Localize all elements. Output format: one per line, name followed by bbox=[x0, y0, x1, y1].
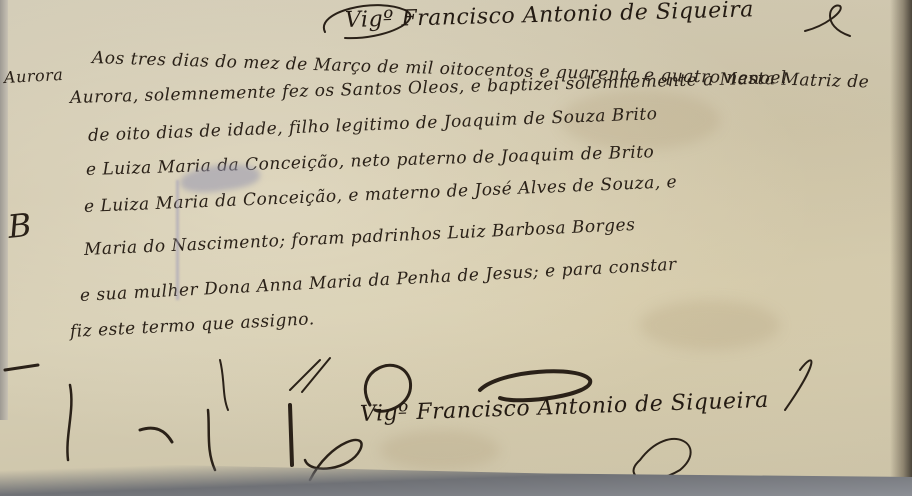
stray-ink-marks bbox=[0, 360, 320, 470]
signature-end-flourish bbox=[800, 6, 860, 46]
record-line: e sua mulher Dona Anna Maria da Penha de… bbox=[79, 255, 677, 306]
record-line: de oito dias de idade, filho legitimo de… bbox=[88, 104, 658, 146]
record-line: fiz este termo que assigno. bbox=[69, 309, 315, 342]
paper-stain bbox=[640, 300, 780, 350]
record-line: e Luiza Maria da Conceição, neto paterno… bbox=[86, 142, 655, 180]
book-gutter bbox=[890, 0, 912, 496]
record-line: Maria do Nascimento; foram padrinhos Lui… bbox=[84, 215, 636, 260]
ink-drip bbox=[176, 180, 179, 300]
margin-name-note: Aurora bbox=[4, 65, 64, 87]
record-line: e Luiza Maria da Conceição, e materno de… bbox=[84, 172, 678, 217]
document-photo: Vigº Francisco Antonio de Siqueira Auror… bbox=[0, 0, 912, 496]
margin-entry-marker: B bbox=[6, 206, 34, 246]
